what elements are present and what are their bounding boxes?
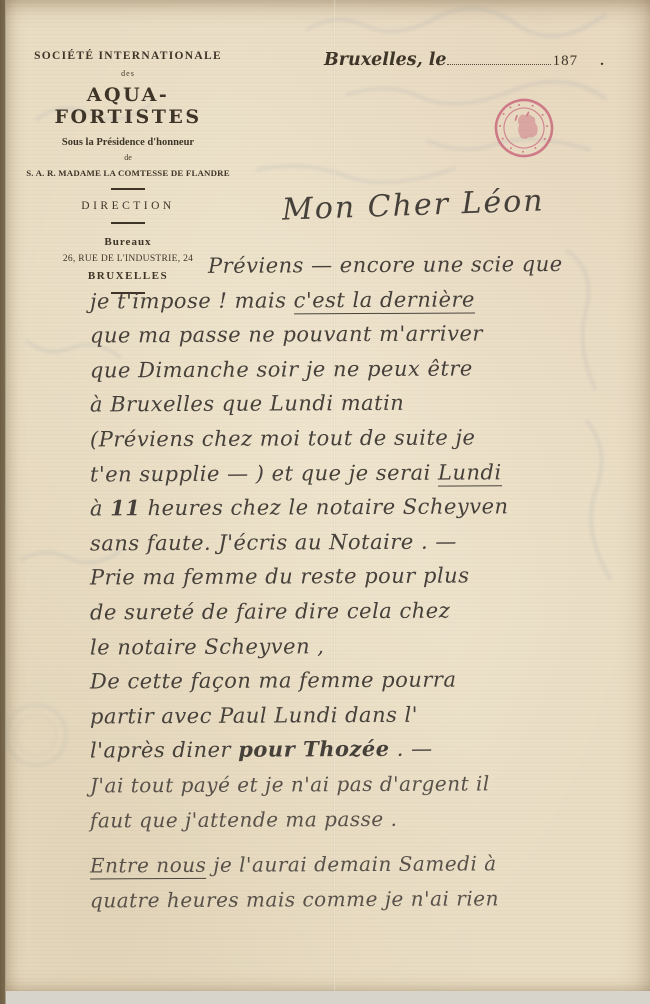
letter-text-underlined: Lundi — [438, 460, 502, 486]
letter-line: que ma passe ne pouvant m'arriver — [90, 316, 650, 354]
letter-text-emphasis: pour Thozée — [238, 736, 390, 762]
letter-text-underlined: c'est la dernière — [294, 287, 475, 314]
letter-line: l'après diner pour Thozée . — — [90, 731, 650, 769]
letter-body: Préviens — encore une scie queje t'impos… — [90, 248, 650, 916]
letter-text: Prie ma femme du reste pour plus — [90, 564, 470, 590]
letter-paper: SOCIÉTÉ INTERNATIONALE des AQUA-FORTISTE… — [6, 0, 650, 991]
letter-text: je l'aurai demain Samedi à — [206, 851, 496, 877]
letter-line: (Préviens chez moi tout de suite je — [90, 420, 650, 458]
letter-text: de sureté de faire dire cela chez — [90, 599, 450, 625]
letter-text-emphasis: 11 — [110, 495, 140, 520]
letter-line: Préviens — encore une scie que — [90, 247, 650, 285]
letter-text: quatre heures mais comme je n'ai rien — [90, 886, 499, 912]
letter-text: que Dimanche soir je ne peux être — [90, 356, 473, 382]
letter-text: heures chez le notaire Scheyven — [140, 494, 508, 520]
letter-line: sans faute. J'écris au Notaire . — — [90, 523, 650, 561]
letter-salutation: Mon Cher Léon — [281, 183, 545, 227]
dateline-year: 187 — [553, 53, 579, 69]
letterhead-rule — [111, 222, 145, 224]
letter-text: (Préviens chez moi tout de suite je — [90, 425, 476, 451]
letter-text: sans faute. J'écris au Notaire . — — [90, 529, 457, 555]
letter-text: J'ai tout payé et je n'ai pas d'argent i… — [90, 771, 490, 797]
letter-text: à — [90, 497, 110, 521]
letter-line: partir avec Paul Lundi dans l' — [90, 696, 650, 734]
letter-text: partir avec Paul Lundi dans l' — [90, 702, 418, 728]
letter-line: De cette façon ma femme pourra — [90, 662, 650, 700]
letter-line: t'en supplie — ) et que je serai Lundi — [90, 454, 650, 492]
dateline: Bruxelles, le187. — [324, 50, 604, 70]
letterhead-presidence: Sous la Présidence d'honneur — [22, 137, 234, 148]
letter-text: l'après diner — [90, 738, 238, 763]
letter-line: faut que j'attende ma passe . — [90, 800, 650, 838]
letter-text: Préviens — encore une scie que — [208, 252, 563, 278]
dateline-dotted-leader — [447, 52, 551, 65]
letter-text: à Bruxelles que Lundi matin — [90, 391, 404, 417]
letter-line: J'ai tout payé et je n'ai pas d'argent i… — [90, 765, 650, 803]
letter-line: je t'impose ! mais c'est la dernière — [90, 281, 650, 319]
letter-line: le notaire Scheyven , — [90, 627, 650, 665]
letterhead-name: AQUA-FORTISTES — [22, 84, 234, 128]
letterhead-rule — [111, 188, 145, 190]
letter-text-underlined: Entre nous — [90, 853, 206, 880]
letterhead-des: des — [22, 69, 234, 78]
letter-text: faut que j'attende ma passe . — [90, 806, 398, 832]
dateline-dot: . — [600, 53, 604, 69]
letter-line: à 11 heures chez le notaire Scheyven — [90, 489, 650, 527]
letterhead-de: de — [22, 153, 234, 162]
letter-text: t'en supplie — ) et que je serai — [90, 460, 438, 486]
letterhead-direction: DIRECTION — [22, 200, 234, 212]
letter-line: que Dimanche soir je ne peux être — [90, 350, 650, 388]
letter-text: le notaire Scheyven , — [90, 634, 325, 659]
letterhead-society: SOCIÉTÉ INTERNATIONALE — [22, 50, 234, 62]
dateline-prefix: Bruxelles, le — [324, 50, 447, 70]
letterhead-comtesse: S. A. R. MADAME LA COMTESSE DE FLANDRE — [22, 168, 234, 178]
letter-text: que ma passe ne pouvant m'arriver — [90, 322, 483, 348]
letterhead-bureaux: Bureaux — [22, 236, 234, 248]
letter-line: à Bruxelles que Lundi matin — [90, 385, 650, 423]
red-lion-stamp-icon — [487, 91, 561, 165]
letter-line: Entre nous je l'aurai demain Samedi à — [90, 846, 650, 884]
letter-text: De cette façon ma femme pourra — [90, 668, 457, 694]
letter-line: Prie ma femme du reste pour plus — [90, 558, 650, 596]
letter-line: de sureté de faire dire cela chez — [90, 592, 650, 630]
letter-line: quatre heures mais comme je n'ai rien — [90, 880, 650, 918]
scanned-letter-page: { "colors": { "paper": "#e9ddc4", "print… — [0, 0, 650, 1004]
letter-text: je t'impose ! mais — [90, 288, 294, 313]
letter-text: . — — [390, 737, 433, 761]
